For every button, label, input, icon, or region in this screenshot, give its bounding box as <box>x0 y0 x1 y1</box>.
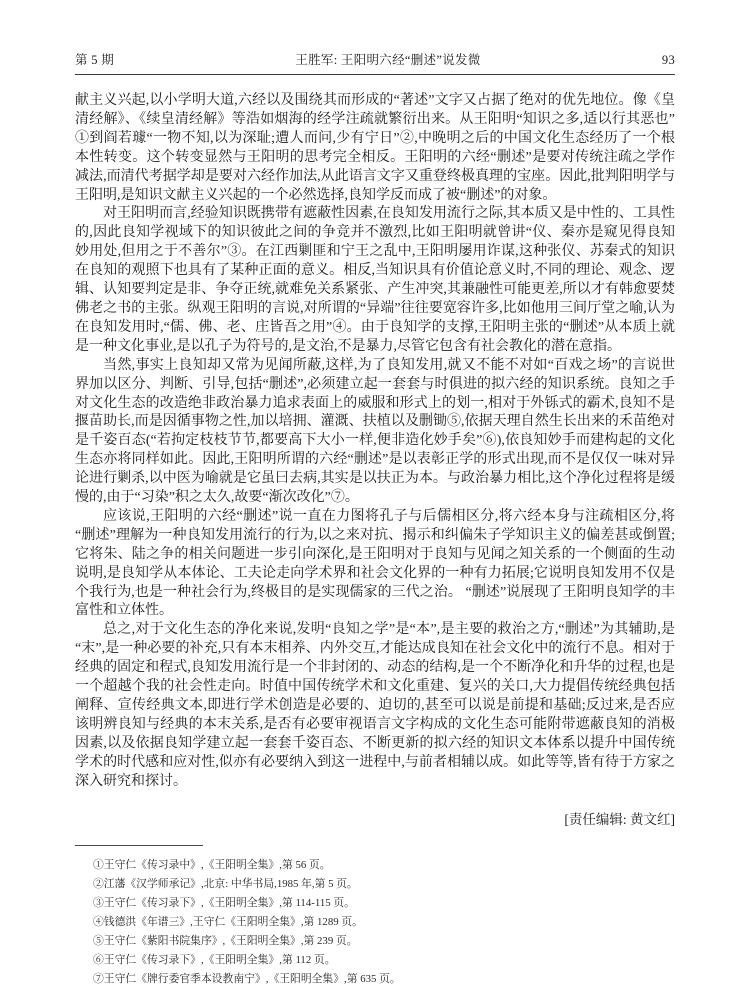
paragraph-5: 总之,对于文化生态的净化来说,发明“良知之学”是“本”,是主要的救治之方,“删述… <box>75 621 675 791</box>
paragraph-4: 应该说,王阳明的六经“删述”说一直在力图将孔子与后儒相区分,将六经本身与注疏相区… <box>75 508 675 621</box>
footnote-2: ②江藩《汉学师承记》,北京: 中华书局,1985 年,第 5 页。 <box>75 875 675 894</box>
footnote-6: ⑥王守仁《传习录下》,《王阳明全集》,第 112 页。 <box>75 951 675 970</box>
paragraph-2: 对王阳明而言,经验知识既携带有遮蔽性因素,在良知发用流行之际,其本质又是中性的、… <box>75 205 675 356</box>
footnote-list: ①王守仁《传习录中》,《王阳明全集》,第 56 页。 ②江藩《汉学师承记》,北京… <box>75 856 675 989</box>
footnote-area: ①王守仁《传习录中》,《王阳明全集》,第 56 页。 ②江藩《汉学师承记》,北京… <box>75 845 675 989</box>
paragraph-3: 当然,事实上良知却又常为见闻所蔽,这样,为了良知发用,就又不能不对如“百戏之场”… <box>75 357 675 508</box>
running-head-title: 王胜军: 王阳明六经“删述”说发微 <box>114 50 662 68</box>
editor-note: [责任编辑: 黄文红] <box>75 811 675 830</box>
running-head: 第 5 期 王胜军: 王阳明六经“删述”说发微 93 <box>75 0 675 75</box>
article-body: 献主义兴起,以小学明大道,六经以及围绕其而形成的“著述”文字又占据了绝对的优先地… <box>75 75 675 829</box>
footnote-1: ①王守仁《传习录中》,《王阳明全集》,第 56 页。 <box>75 856 675 875</box>
footnote-7: ⑦王守仁《牌行委官季本设教南宁》,《王阳明全集》,第 635 页。 <box>75 970 675 989</box>
footnote-3: ③王守仁《传习录下》,《王阳明全集》,第 114-115 页。 <box>75 894 675 913</box>
paragraph-1: 献主义兴起,以小学明大道,六经以及围绕其而形成的“著述”文字又占据了绝对的优先地… <box>75 92 675 205</box>
footnote-5: ⑤王守仁《紫阳书院集序》,《王阳明全集》,第 239 页。 <box>75 932 675 951</box>
footnote-separator-rule <box>75 845 203 846</box>
page-number: 93 <box>662 53 675 68</box>
journal-issue-label: 第 5 期 <box>75 50 114 68</box>
journal-page: 第 5 期 王胜军: 王阳明六经“删述”说发微 93 献主义兴起,以小学明大道,… <box>0 0 750 999</box>
footnote-4: ④钱德洪《年谱三》,王守仁《王阳明全集》,第 1289 页。 <box>75 913 675 932</box>
